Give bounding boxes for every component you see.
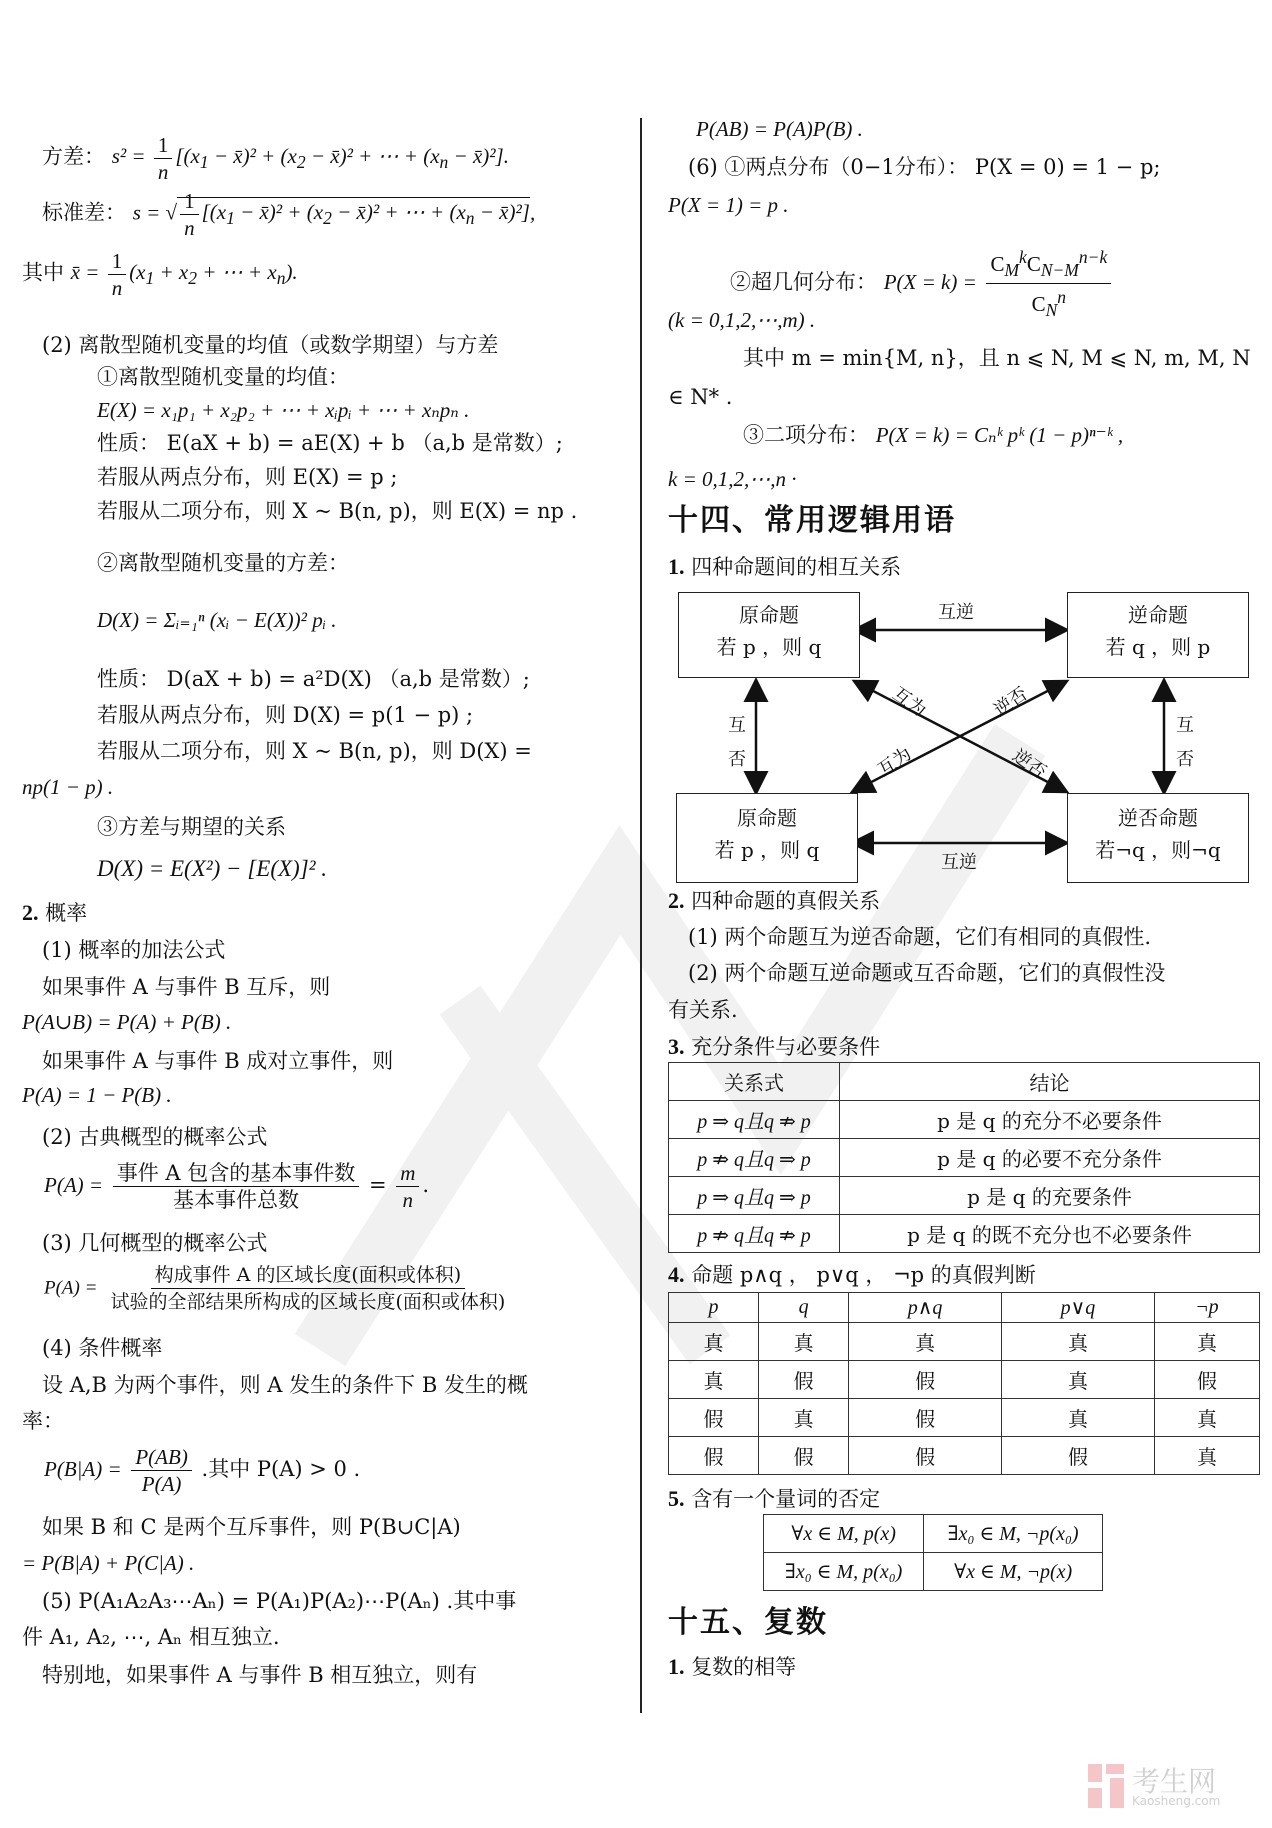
cell-relation: p ⇒ q且q ⇏ p	[669, 1101, 840, 1139]
mean-formula: x̄ = 1n(x1 + x2 + ⋯ + xn).	[71, 260, 298, 284]
s14-5-heading: 5. 含有一个量词的否定	[668, 1484, 880, 1514]
cell: 真	[759, 1399, 849, 1437]
s14-1-title: 四种命题间的相互关系	[691, 555, 901, 579]
cell: 真	[669, 1361, 759, 1399]
four-propositions-diagram: 原命题 若 p ，则 q 逆命题 若 q ，则 p 原命题 若 p ，则 q 逆…	[676, 588, 1268, 888]
label-right-2: 否	[1176, 745, 1194, 771]
hypergeometric-where-1: 其中 m = min{M, n}，且 n ⩽ N, M ⩽ N, m, M, N	[743, 343, 1251, 373]
s14-5-num: 5.	[668, 1486, 685, 1511]
cell: ∀x ∈ M, p(x)	[764, 1515, 924, 1553]
hypergeometric-range: (k = 0,1,2,⋯,m) .	[668, 305, 815, 335]
cell: 假	[849, 1437, 1002, 1475]
label-left-2: 否	[728, 745, 746, 771]
table-row: 假 假 假 假 真	[669, 1437, 1260, 1475]
table-row: 真 真 真 真 真	[669, 1323, 1260, 1361]
box-converse: 逆命题 若 q ，则 p	[1067, 592, 1249, 678]
conditional-union-1: 如果 B 和 C 是两个互斥事件，则 P(B∪C|A)	[42, 1512, 461, 1542]
cell: 假	[849, 1399, 1002, 1437]
logo-domain: Kaosheng.com	[1132, 1794, 1220, 1808]
s14-1-num: 1.	[668, 554, 685, 579]
cell: 真	[1002, 1361, 1155, 1399]
cell-conclusion: p 是 q 的必要不充分条件	[840, 1139, 1260, 1177]
label-bottom-converse: 互逆	[941, 848, 977, 874]
prob-heading: 2. 概率	[22, 898, 87, 928]
table-row: ∃x₀ ∈ M, p(x₀) ∀x ∈ M, ¬p(x)	[764, 1553, 1103, 1591]
mean-label: 其中	[22, 260, 64, 284]
header-p: p	[669, 1293, 759, 1323]
conditional-formula: P(B|A) = P(AB)P(A) .其中 P(A) > 0 .	[44, 1444, 360, 1497]
expectation-binomial: 若服从二项分布，则 X ~ B(n, p)，则 E(X) = np .	[97, 496, 577, 526]
box-title: 原命题	[677, 802, 857, 834]
variance-binomial-1: 若服从二项分布，则 X ~ B(n, p)，则 D(X) =	[97, 736, 532, 766]
binomial-label: ③二项分布：	[743, 423, 869, 447]
std-label: 标准差：	[42, 200, 126, 224]
truth-table-header: p q p∧q p∨q ¬p	[669, 1293, 1260, 1323]
cell: 真	[1154, 1437, 1259, 1475]
logo-icon	[1088, 1764, 1128, 1810]
conditional-denominator: P(A)	[138, 1471, 186, 1497]
binomial-range: k = 0,1,2,⋯,n ·	[668, 464, 797, 494]
independence-2: 件 A₁, A₂, ⋯, Aₙ 相互独立.	[22, 1622, 280, 1652]
variance-formula: s² = 1n[(x1 − x̄)² + (x2 − x̄)² + ⋯ + (x…	[112, 144, 509, 168]
header-p-or-q: p∨q	[1002, 1293, 1155, 1323]
addition-opposite: 如果事件 A 与事件 B 成对立事件，则	[42, 1046, 393, 1076]
cell: 真	[849, 1323, 1002, 1361]
box-body: 若 p ，则 q	[677, 834, 857, 866]
box-original-bottom: 原命题 若 p ，则 q	[676, 793, 858, 883]
cell-conclusion: p 是 q 的充分不必要条件	[840, 1101, 1260, 1139]
cell: 真	[1002, 1323, 1155, 1361]
table-row: p ⇒ q且q ⇒ p p 是 q 的充要条件	[669, 1177, 1260, 1215]
variance-binomial-2: np(1 − p) .	[22, 772, 113, 802]
cell-relation: p ⇏ q且q ⇒ p	[669, 1139, 840, 1177]
addition-heading: (1) 概率的加法公式	[42, 935, 225, 965]
cell: 真	[759, 1323, 849, 1361]
geometric-denominator: 试验的全部结果所构成的区域长度(面积或体积)	[106, 1289, 509, 1315]
two-point-line-2: P(X = 1) = p .	[668, 190, 788, 220]
box-body: 若 p ，则 q	[679, 631, 859, 663]
s14-5-title: 含有一个量词的否定	[691, 1487, 880, 1511]
relation-formula: D(X) = E(X²) − [E(X)]² .	[97, 854, 327, 884]
s14-2-num: 2.	[668, 888, 685, 913]
classic-numerator: 事件 A 包含的基本事件数	[113, 1160, 360, 1187]
expectation-two-point: 若服从两点分布，则 E(X) = p ;	[97, 462, 397, 492]
header-q: q	[759, 1293, 849, 1323]
independence-3: 特别地，如果事件 A 与事件 B 相互独立，则有	[42, 1660, 477, 1690]
s14-3-num: 3.	[668, 1034, 685, 1059]
discrete-heading: (2) 离散型随机变量的均值（或数学期望）与方差	[42, 330, 498, 360]
section-15-title: 十五、复数	[668, 1608, 828, 1638]
classic-lhs: P(A) =	[44, 1173, 103, 1197]
classic-formula: P(A) = 事件 A 包含的基本事件数基本事件总数 = mn.	[44, 1160, 429, 1213]
cell-conclusion: p 是 q 的充要条件	[840, 1177, 1260, 1215]
s14-1-heading: 1. 四种命题间的相互关系	[668, 552, 901, 582]
table-row: p ⇒ q且q ⇏ p p 是 q 的充分不必要条件	[669, 1101, 1260, 1139]
box-contrapositive: 逆否命题 若¬q ，则¬q	[1067, 793, 1249, 883]
s14-4-num: 4.	[668, 1262, 685, 1287]
box-body: 若¬q ，则¬q	[1068, 834, 1248, 866]
box-title: 逆命题	[1068, 599, 1248, 631]
conditional-text-2: 率：	[22, 1406, 64, 1436]
hypergeometric-lhs: P(X = k) =	[884, 270, 977, 294]
table-row: p ⇏ q且q ⇏ p p 是 q 的既不充分也不必要条件	[669, 1215, 1260, 1253]
table-row: p ⇏ q且q ⇒ p p 是 q 的必要不充分条件	[669, 1139, 1260, 1177]
cell: 假	[669, 1437, 759, 1475]
header-conclusion: 结论	[840, 1063, 1260, 1101]
expectation-formula: E(X) = x₁p₁ + x₂p₂ + ⋯ + xᵢpᵢ + ⋯ + xₙpₙ…	[97, 395, 469, 425]
header-relation: 关系式	[669, 1063, 840, 1101]
table-row: 假 真 假 真 真	[669, 1399, 1260, 1437]
header-not-p: ¬p	[1154, 1293, 1259, 1323]
s14-4-heading: 4. 命题 p∧q ， p∨q ， ¬p 的真假判断	[668, 1260, 1036, 1290]
cell: ∀x ∈ M, ¬p(x)	[924, 1553, 1103, 1591]
cell: 真	[1154, 1323, 1259, 1361]
column-divider	[640, 118, 642, 1713]
s14-3-heading: 3. 充分条件与必要条件	[668, 1032, 880, 1062]
independence-1: (5) P(A₁A₂A₃⋯Aₙ) = P(A₁)P(A₂)⋯P(Aₙ) .其中事	[42, 1586, 516, 1616]
box-body: 若 q ，则 p	[1068, 631, 1248, 663]
cell-conclusion: p 是 q 的既不充分也不必要条件	[840, 1215, 1260, 1253]
table-row: 真 假 假 真 假	[669, 1361, 1260, 1399]
cell: 假	[759, 1361, 849, 1399]
s14-3-title: 充分条件与必要条件	[691, 1035, 880, 1059]
cell: ∃x₀ ∈ M, p(x₀)	[764, 1553, 924, 1591]
kaosheng-logo: 考生网 Kaosheng.com	[1080, 1762, 1260, 1812]
cell: 真	[669, 1323, 759, 1361]
classic-m: m	[396, 1160, 419, 1187]
cell: ∃x₀ ∈ M, ¬p(x₀)	[924, 1515, 1103, 1553]
addition-mutex: 如果事件 A 与事件 B 互斥，则	[42, 972, 330, 1002]
binomial-formula: P(X = k) = Cₙᵏ pᵏ (1 − p)ⁿ⁻ᵏ ,	[876, 423, 1123, 447]
mean-line: 其中 x̄ = 1n(x1 + x2 + ⋯ + xn).	[22, 248, 298, 301]
geometric-formula: P(A) = 构成事件 A 的区域长度(面积或体积)试验的全部结果所构成的区域长…	[44, 1262, 512, 1315]
cell-relation: p ⇏ q且q ⇏ p	[669, 1215, 840, 1253]
label-top-converse: 互逆	[938, 598, 974, 624]
classic-n: n	[399, 1187, 418, 1213]
std-formula: s = √1n[(x1 − x̄)² + (x2 − x̄)² + ⋯ + (x…	[133, 197, 536, 224]
variance-property: 性质： D(aX + b) = a²D(X) （a,b 是常数）;	[97, 664, 530, 694]
binomial-line: ③二项分布： P(X = k) = Cₙᵏ pᵏ (1 − p)ⁿ⁻ᵏ ,	[743, 420, 1123, 450]
label-left-1: 互	[728, 711, 746, 737]
cell-relation: p ⇒ q且q ⇒ p	[669, 1177, 840, 1215]
s14-2-heading: 2. 四种命题的真假关系	[668, 886, 880, 916]
section-14-title: 十四、常用逻辑用语	[668, 506, 956, 536]
two-point-line-1: (6) ①两点分布（0−1分布）： P(X = 0) = 1 − p;	[688, 152, 1160, 182]
s14-2-title: 四种命题的真假关系	[691, 889, 880, 913]
s14-2-p2a: (2) 两个命题互逆命题或互否命题，它们的真假性没	[688, 958, 1165, 988]
table-row: ∀x ∈ M, p(x) ∃x₀ ∈ M, ¬p(x₀)	[764, 1515, 1103, 1553]
prob-title: 概率	[45, 901, 87, 925]
relation-heading: ③方差与期望的关系	[97, 812, 286, 842]
conditional-heading: (4) 条件概率	[42, 1333, 162, 1363]
s14-2-p1: (1) 两个命题互为逆否命题，它们有相同的真假性.	[688, 922, 1151, 952]
hypergeometric-where-2: ∈ N* .	[668, 382, 732, 412]
s15-1-num: 1.	[668, 1654, 685, 1679]
cell: 假	[759, 1437, 849, 1475]
cell: 真	[1002, 1399, 1155, 1437]
s15-1-title: 复数的相等	[691, 1655, 796, 1679]
variance-heading: ②离散型随机变量的方差：	[97, 548, 349, 578]
conditional-text-1: 设 A,B 为两个事件，则 A 发生的条件下 B 发生的概	[42, 1370, 528, 1400]
box-title: 逆否命题	[1068, 802, 1248, 834]
label-right-1: 互	[1176, 711, 1194, 737]
truth-table: p q p∧q p∨q ¬p 真 真 真 真 真 真 假 假 真 假 假 真 假…	[668, 1292, 1260, 1475]
std-line: 标准差： s = √1n[(x1 − x̄)² + (x2 − x̄)² + ⋯…	[42, 188, 535, 241]
conditional-union-2: = P(B|A) + P(C|A) .	[22, 1548, 194, 1578]
header-p-and-q: p∧q	[849, 1293, 1002, 1323]
mean-heading: ①离散型随机变量的均值：	[97, 362, 349, 392]
independence-formula: P(AB) = P(A)P(B) .	[696, 114, 863, 144]
geometric-numerator: 构成事件 A 的区域长度(面积或体积)	[151, 1262, 466, 1289]
quantifier-table: ∀x ∈ M, p(x) ∃x₀ ∈ M, ¬p(x₀) ∃x₀ ∈ M, p(…	[763, 1514, 1103, 1591]
expectation-property: 性质： E(aX + b) = aE(X) + b （a,b 是常数）;	[97, 428, 563, 458]
prob-num: 2.	[22, 900, 39, 925]
variance-label: 方差：	[42, 144, 105, 168]
box-title: 原命题	[679, 599, 859, 631]
variance-sum-formula: D(X) = Σᵢ₌₁ⁿ (xᵢ − E(X))² pᵢ .	[97, 605, 337, 635]
hypergeometric-label: ②超几何分布：	[730, 270, 877, 294]
s15-1-heading: 1. 复数的相等	[668, 1652, 796, 1682]
variance-two-point: 若服从两点分布，则 D(X) = p(1 − p) ;	[97, 700, 473, 730]
geometric-heading: (3) 几何概型的概率公式	[42, 1228, 267, 1258]
cell: 假	[1002, 1437, 1155, 1475]
cell: 假	[669, 1399, 759, 1437]
conditional-numerator: P(AB)	[131, 1444, 191, 1471]
box-original-top: 原命题 若 p ，则 q	[678, 592, 860, 678]
condition-table: 关系式 结论 p ⇒ q且q ⇏ p p 是 q 的充分不必要条件 p ⇏ q且…	[668, 1062, 1260, 1253]
cell: 假	[849, 1361, 1002, 1399]
condition-table-header: 关系式 结论	[669, 1063, 1260, 1101]
s14-2-p2b: 有关系.	[668, 995, 738, 1025]
geometric-lhs: P(A) =	[44, 1278, 97, 1299]
cell: 真	[1154, 1399, 1259, 1437]
s14-4-title: 命题 p∧q ， p∨q ， ¬p 的真假判断	[691, 1263, 1036, 1287]
classic-denominator: 基本事件总数	[169, 1187, 303, 1213]
classic-heading: (2) 古典概型的概率公式	[42, 1122, 267, 1152]
variance-line: 方差： s² = 1n[(x1 − x̄)² + (x2 − x̄)² + ⋯ …	[42, 132, 509, 185]
addition-mutex-formula: P(A∪B) = P(A) + P(B) .	[22, 1007, 231, 1037]
conditional-lhs: P(B|A) =	[44, 1457, 122, 1481]
conditional-tail: .其中 P(A) > 0 .	[202, 1457, 361, 1481]
addition-opposite-formula: P(A) = 1 − P(B) .	[22, 1080, 172, 1110]
cell: 假	[1154, 1361, 1259, 1399]
